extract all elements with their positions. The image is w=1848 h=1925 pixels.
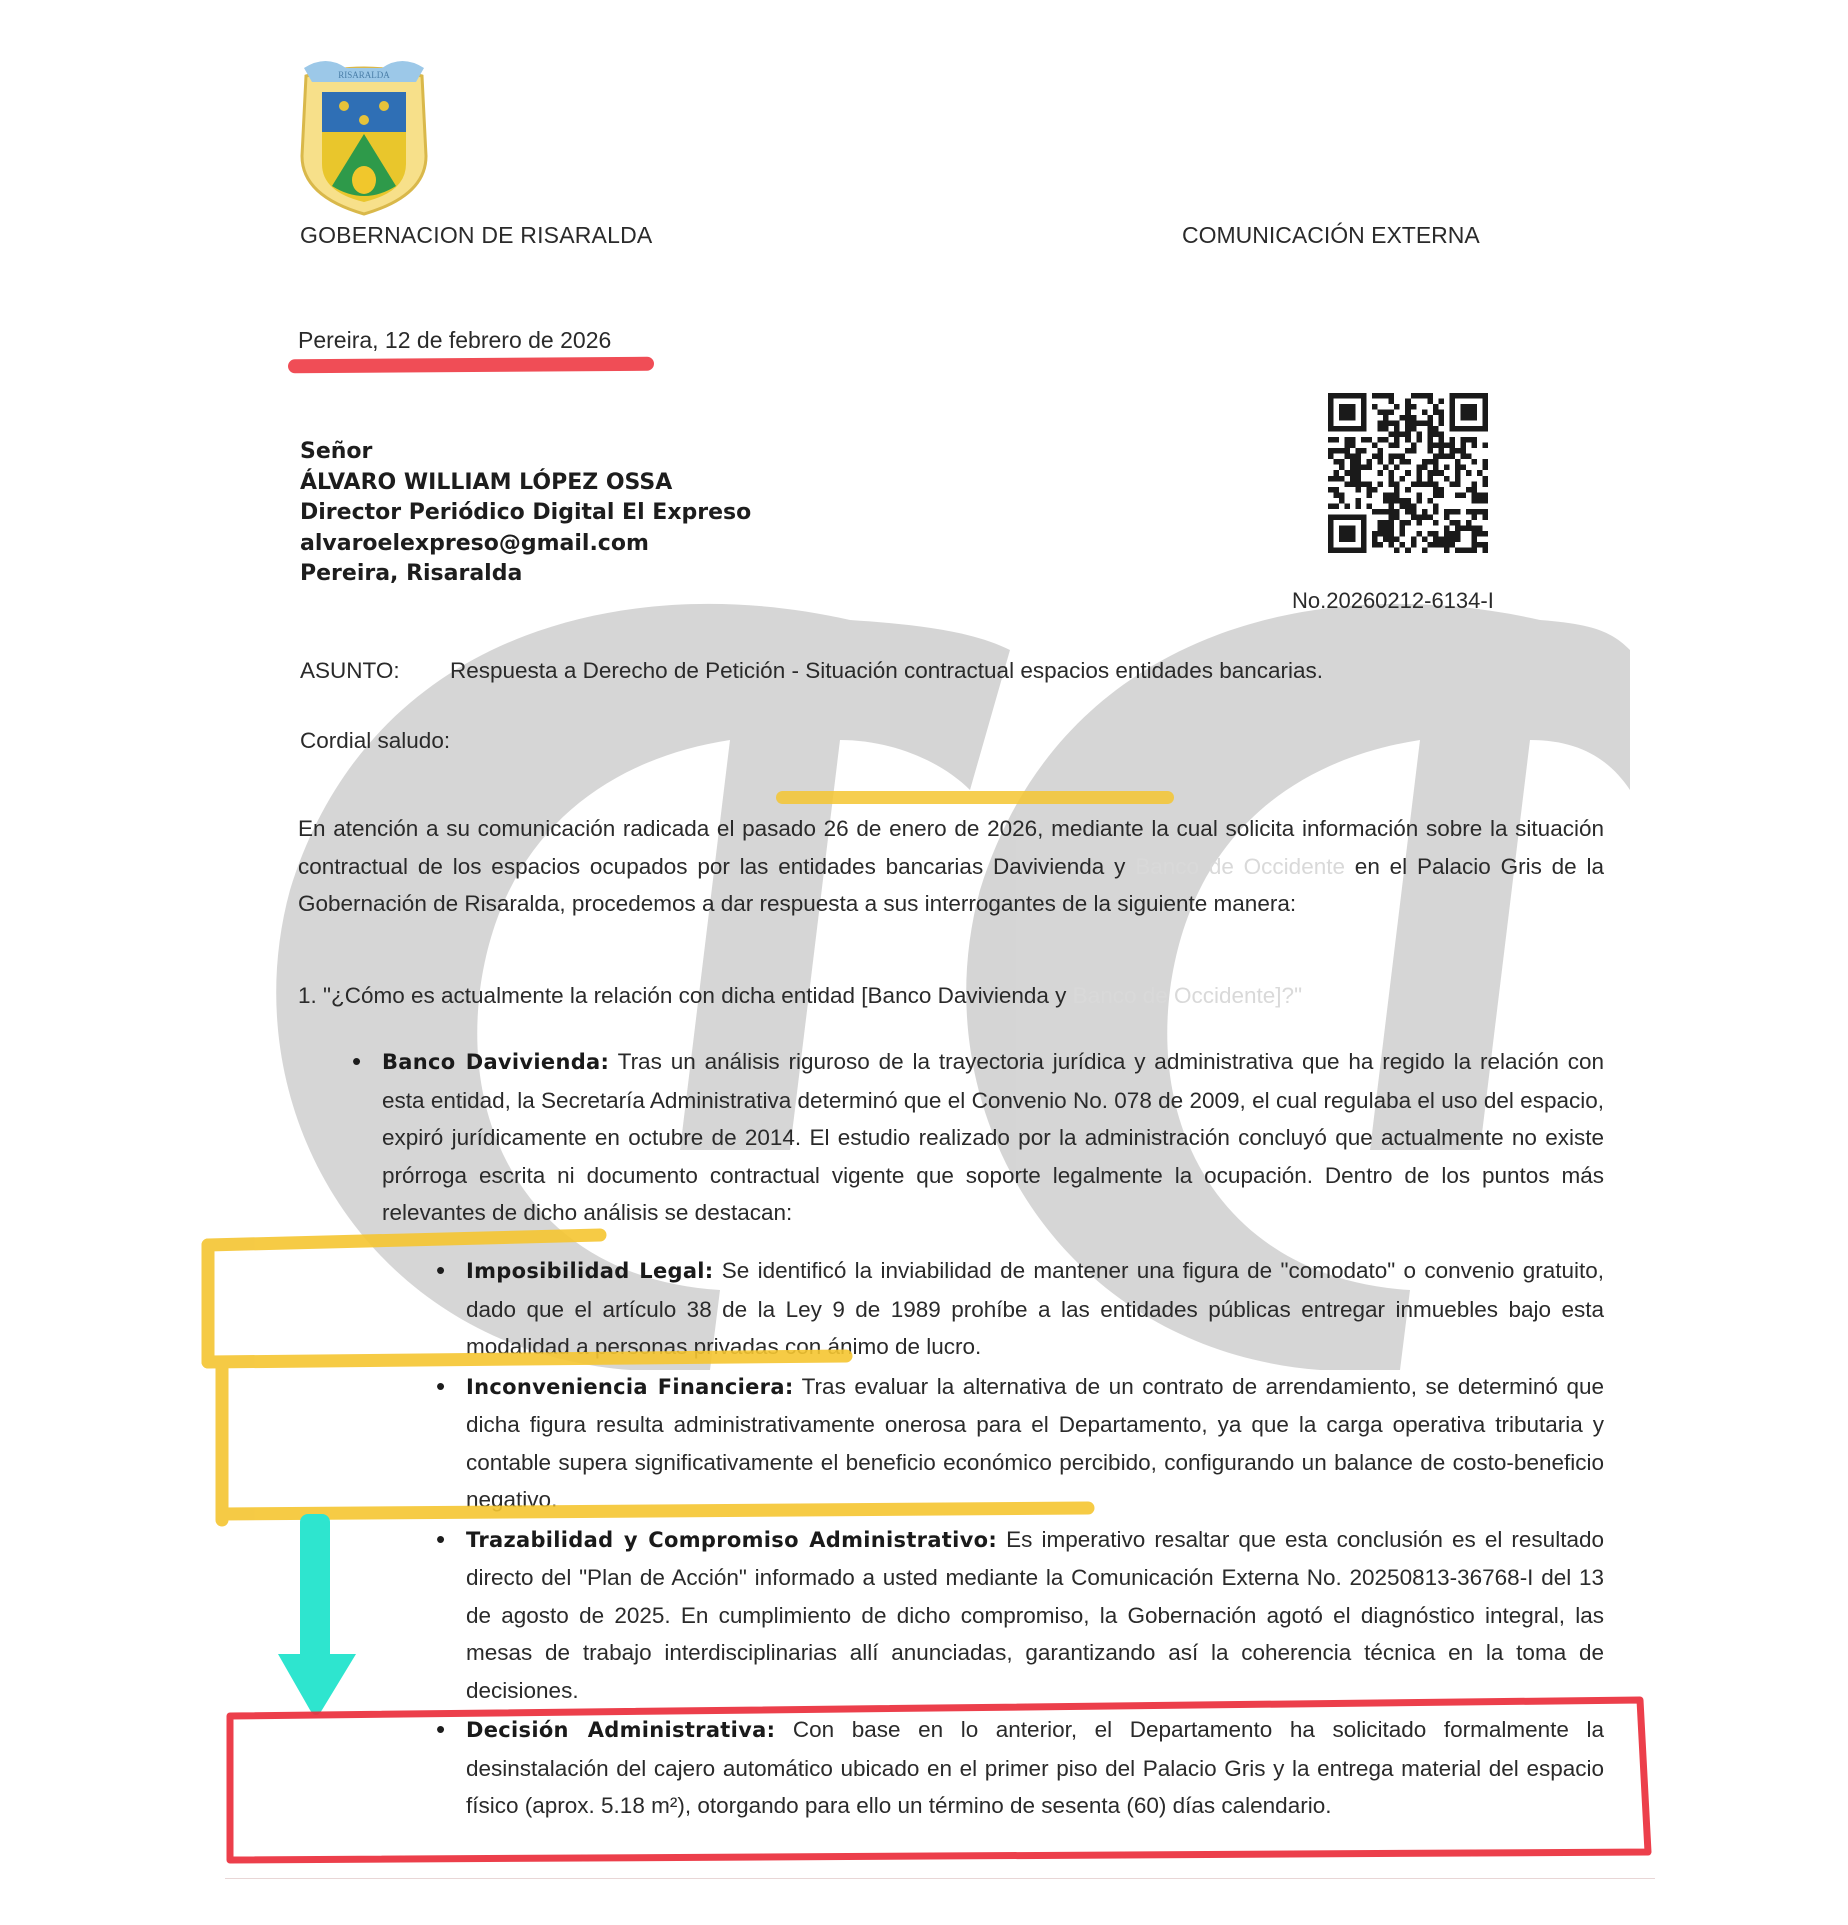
bottom-rule [225, 1878, 1655, 1879]
sub-bullet-decision-administrativa: Decisión Administrativa: Con base en lo … [436, 1711, 1604, 1825]
recipient-city: Pereira, Risaralda [300, 559, 751, 590]
svg-text:RISARALDA: RISARALDA [338, 70, 390, 80]
radicado-number: No.20260212-6134-I [1292, 588, 1494, 614]
bullet-list: Banco Davivienda: Tras un análisis rigur… [352, 1043, 1604, 1232]
document-type: COMUNICACIÓN EXTERNA [1182, 222, 1480, 249]
question-1: 1. "¿Cómo es actualmente la relación con… [298, 983, 1302, 1009]
sub-bullet-trazabilidad: Trazabilidad y Compromiso Administrativo… [436, 1521, 1604, 1710]
intro-paragraph: En atención a su comunicación radicada e… [298, 810, 1604, 923]
recipient-title: Director Periódico Digital El Expreso [300, 498, 751, 529]
risaralda-crest-logo: RISARALDA [296, 46, 432, 218]
recipient-name: ÁLVARO WILLIAM LÓPEZ OSSA [300, 468, 751, 499]
recipient-email: alvaroelexpreso@gmail.com [300, 529, 751, 560]
recipient-salutation: Señor [300, 437, 751, 468]
bullet-banco-davivienda: Banco Davivienda: Tras un análisis rigur… [352, 1043, 1604, 1232]
organization-name: GOBERNACION DE RISARALDA [300, 222, 652, 249]
recipient-block: Señor ÁLVARO WILLIAM LÓPEZ OSSA Director… [300, 437, 751, 590]
red-underline-annotation [288, 357, 654, 374]
sub-bullet-inconveniencia-financiera: Inconveniencia Financiera: Tras evaluar … [436, 1368, 1604, 1519]
faded-text: Banco de Occidente [1135, 854, 1345, 879]
sub-bullet-list: Imposibilidad Legal: Se identificó la in… [436, 1252, 1604, 1827]
subject-text: Respuesta a Derecho de Petición - Situac… [450, 658, 1323, 683]
greeting: Cordial saludo: [300, 728, 450, 754]
yellow-highlight-annotation [776, 791, 1174, 804]
teal-arrow-annotation [278, 1514, 356, 1715]
subject-line: ASUNTO:Respuesta a Derecho de Petición -… [300, 658, 1323, 684]
faded-text: Banco de Occidente]?" [1073, 983, 1302, 1008]
date-line: Pereira, 12 de febrero de 2026 [298, 327, 611, 354]
subject-label: ASUNTO: [300, 658, 450, 684]
qr-code [1328, 393, 1488, 553]
sub-bullet-imposibilidad-legal: Imposibilidad Legal: Se identificó la in… [436, 1252, 1604, 1366]
